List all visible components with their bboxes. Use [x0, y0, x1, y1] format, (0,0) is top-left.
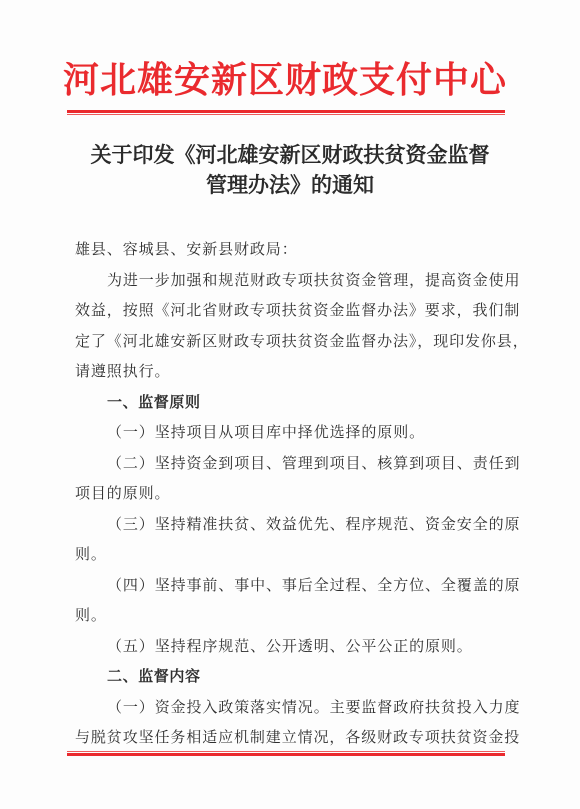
section-heading: 一、监督原则: [75, 387, 507, 418]
principle-item: （三）坚持精准扶贫、效益优先、程序规范、资金安全的原: [75, 509, 507, 540]
principle-item: （五）坚持程序规范、公开透明、公平公正的原则。: [75, 631, 507, 662]
principle-item-continuation: 则。: [75, 539, 507, 570]
principle-item: （二）坚持资金到项目、管理到项目、核算到项目、责任到: [75, 448, 507, 479]
rule-thin-line: [67, 114, 505, 115]
document-title-line-2: 管理办法》的通知: [60, 170, 520, 200]
content-item-continuation: 与脱贫攻坚任务相适应机制建立情况，各级财政专项扶贫资金投: [75, 722, 507, 753]
section-heading: 二、监督内容: [75, 661, 507, 692]
document-title: 关于印发《河北雄安新区财政扶贫资金监督 管理办法》的通知: [60, 140, 520, 200]
intro-line: 为进一步加强和规范财政专项扶贫资金管理，提高资金使用: [75, 265, 507, 296]
salutation: 雄县、容城县、安新县财政局：: [75, 234, 507, 265]
intro-line: 请遵照执行。: [75, 356, 507, 387]
letterhead-red-rule: [67, 110, 505, 115]
document-page: 河北雄安新区财政支付中心 关于印发《河北雄安新区财政扶贫资金监督 管理办法》的通…: [0, 0, 580, 809]
principle-item-continuation: 项目的原则。: [75, 478, 507, 509]
footer-red-rule: [67, 751, 505, 756]
rule-thick-line: [67, 753, 505, 756]
principle-item-continuation: 则。: [75, 600, 507, 631]
principle-item: （四）坚持事前、事中、事后全过程、全方位、全覆盖的原: [75, 570, 507, 601]
intro-line: 效益，按照《河北省财政专项扶贫资金监督办法》要求，我们制: [75, 295, 507, 326]
letterhead-org-name: 河北雄安新区财政支付中心: [62, 58, 508, 102]
principle-item: （一）坚持项目从项目库中择优选择的原则。: [75, 417, 507, 448]
document-body: 雄县、容城县、安新县财政局： 为进一步加强和规范财政专项扶贫资金管理，提高资金使…: [75, 234, 507, 753]
document-title-line-1: 关于印发《河北雄安新区财政扶贫资金监督: [60, 140, 520, 170]
intro-line: 定了《河北雄安新区财政专项扶贫资金监督办法》，现印发你县，: [75, 326, 507, 357]
content-item: （一）资金投入政策落实情况。主要监督政府扶贫投入力度: [75, 692, 507, 723]
